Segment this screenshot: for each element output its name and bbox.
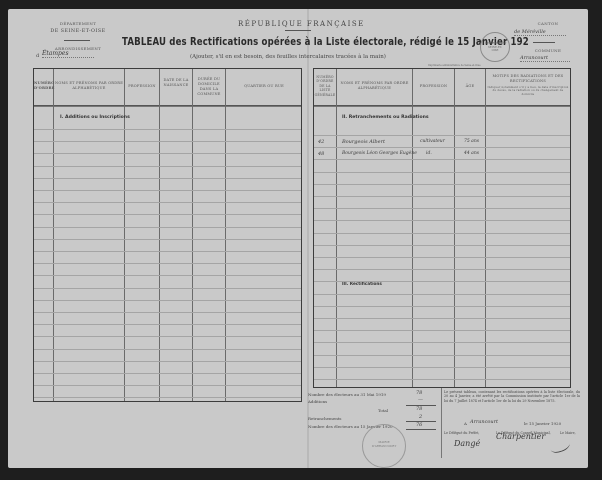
certification-text: Le présent tableau, contenant les rectif… — [444, 390, 580, 403]
divider — [533, 42, 555, 43]
col-header-noms: NOMS ET PRÉNOMS PAR ORDRE ALPHABÉTIQUE — [54, 81, 124, 91]
departement-label: DÉPARTEMENT — [33, 21, 123, 26]
date-value: le 15 Janvier 1920 — [524, 421, 561, 426]
retranchements-value: 2 — [419, 414, 422, 420]
col-header-profession: PROFESSION — [125, 84, 159, 89]
canton-value: de Méréville — [514, 29, 566, 36]
divider — [285, 30, 311, 31]
mairie-stamp: MAIRIE D'ARRANCOURT — [362, 424, 406, 468]
col-header-noms: NOMS ET PRÉNOMS PAR ORDRE ALPHABÉTIQUE — [337, 81, 412, 91]
document-title: TABLEAU des Rectifications opérées à la … — [122, 35, 529, 48]
official-stamp: DÉPARTEMENT SEINE-ET-OISE — [480, 32, 510, 62]
signature-maire — [549, 438, 572, 455]
entry-profession: cultivateur — [420, 139, 445, 144]
republique-heading: RÉPUBLIQUE FRANÇAISE — [238, 20, 365, 28]
col-header-quartier: QUARTIER OU RUE — [226, 84, 302, 89]
total-value: 78 — [416, 406, 422, 412]
entry-age: 75 ans — [464, 139, 479, 144]
commune-label: COMMUNE — [528, 48, 568, 53]
electeurs-value: 78 — [416, 390, 422, 396]
document-subtitle: (Ajouter, s'il en est besoin, des feuill… — [190, 54, 386, 60]
entry-profession: id. — [426, 151, 432, 156]
arrondissement-prefix: d — [36, 53, 39, 59]
additions-table: NUMÉRO D'ORDRE NOMS ET PRÉNOMS PAR ORDRE… — [33, 68, 302, 402]
signature-prefet: Dangé — [454, 439, 480, 448]
additions-value: — — [418, 397, 423, 403]
col-header-naissance: DATE DE LA NAISSANCE — [160, 78, 192, 88]
section-radiations-title: II. Retranchements ou Radiations — [342, 115, 429, 120]
additions-label: Additions — [308, 399, 327, 404]
entry-nom: Bourgeois Albert — [342, 139, 385, 145]
motifs-note: Indiquer notamment s'il y a lieu, la dat… — [486, 86, 570, 96]
entry-numero: 42 — [318, 139, 324, 145]
col-header-numero-liste: NUMÉRO D'ORDRE DE LA LISTE GÉNÉRALE — [314, 75, 336, 97]
signatory-role-prefet: Le Délégué du Préfet, — [444, 431, 479, 435]
divider — [64, 40, 90, 41]
col-header-motifs: MOTIFS DES RADIATIONS ET DES RECTIFICATI… — [486, 74, 570, 84]
place-prefix: A — [464, 421, 467, 426]
electeurs-label: Nombre des électeurs au 31 Mai 1919 — [308, 392, 386, 397]
canton-label: CANTON — [528, 21, 568, 26]
radiations-table: NUMÉRO D'ORDRE DE LA LISTE GÉNÉRALE NOMS… — [313, 68, 571, 388]
entry-numero: 48 — [318, 151, 324, 157]
col-header-numero: NUMÉRO D'ORDRE — [34, 81, 53, 91]
col-header-profession: PROFESSION — [413, 84, 454, 89]
col-header-age: ÂGE — [455, 84, 485, 89]
col-header-domicile: DURÉE DU DOMICILE DANS LA COMMUNE — [193, 77, 225, 97]
signature-conseil: Charpentier — [496, 432, 545, 441]
section-additions-title: I. Additions ou Inscriptions — [60, 115, 130, 120]
arrondissement-value: Étampes — [42, 50, 94, 58]
departement-value: DE SEINE-ET-OISE — [33, 29, 123, 34]
place-value: Arrancourt — [470, 419, 498, 425]
final-electeurs-value: 76 — [416, 422, 422, 428]
entry-nom: Bourgeois Léon Georges Eugène — [342, 151, 417, 156]
entry-age: 44 ans — [464, 151, 479, 156]
document-page: DÉPARTEMENT DE SEINE-ET-OISE ARRONDISSEM… — [8, 9, 588, 468]
total-label: Total — [378, 408, 388, 413]
signatory-role-maire: Le Maire, — [560, 431, 576, 435]
retranchements-label: Retranchements — [308, 416, 341, 421]
commune-value: Arrancourt — [520, 55, 570, 62]
printer-line: Imprimerie administrative de Seine-et-Oi… — [428, 64, 481, 67]
